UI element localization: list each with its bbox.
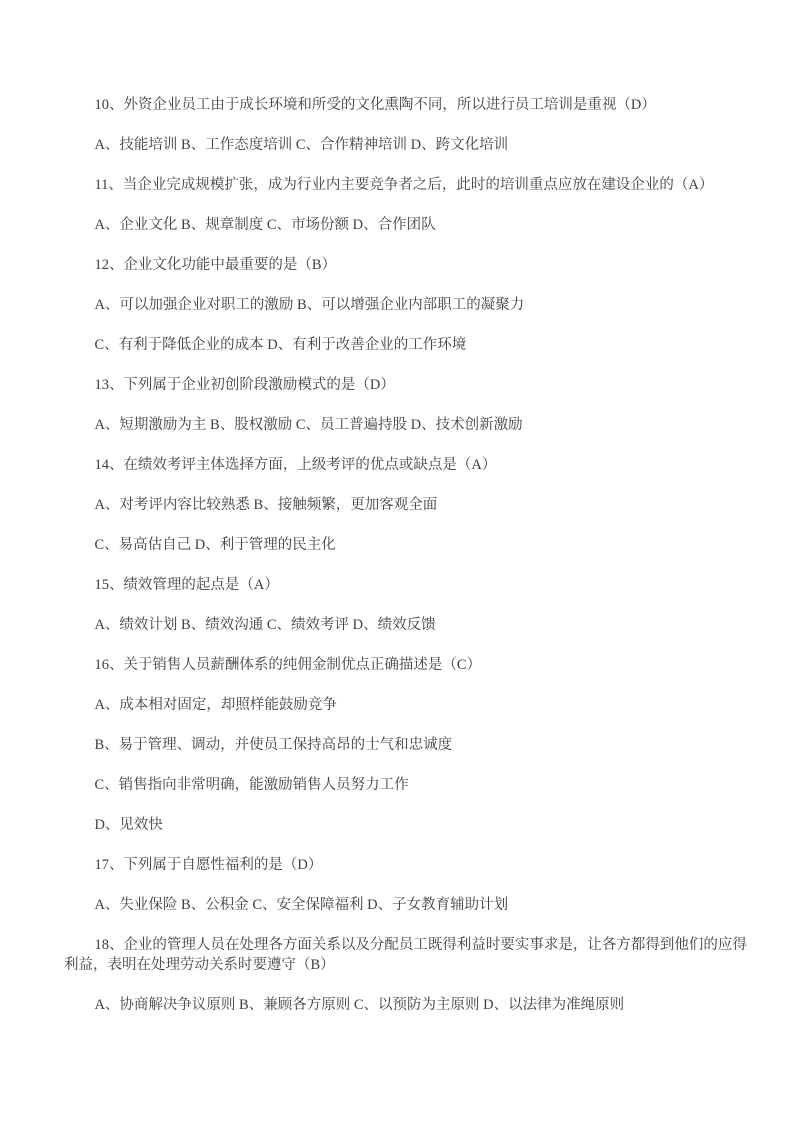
question-11-options: A、企业文化 B、规章制度 C、市场份额 D、合作团队 — [64, 215, 748, 235]
question-16-option-b: B、易于管理、调动，并使员工保持高昂的士气和忠诚度 — [64, 735, 748, 755]
question-16-option-a: A、成本相对固定，却照样能鼓励竞争 — [64, 695, 748, 715]
question-18-options: A、协商解决争议原则 B、兼顾各方原则 C、以预防为主原则 D、以法律为准绳原则 — [64, 995, 748, 1015]
document-page: 10、外资企业员工由于成长环境和所受的文化熏陶不同，所以进行员工培训是重视（D）… — [0, 0, 800, 1132]
question-15: 15、绩效管理的起点是（A） — [64, 575, 748, 595]
question-16: 16、关于销售人员薪酬体系的纯佣金制优点正确描述是（C） — [64, 655, 748, 675]
question-12-options-ab: A、可以加强企业对职工的激励 B、可以增强企业内部职工的凝聚力 — [64, 295, 748, 315]
question-14-options-ab: A、对考评内容比较熟悉 B、接触频繁，更加客观全面 — [64, 495, 748, 515]
question-17-options: A、失业保险 B、公积金 C、安全保障福利 D、子女教育辅助计划 — [64, 895, 748, 915]
question-13-options: A、短期激励为主 B、股权激励 C、员工普遍持股 D、技术创新激励 — [64, 415, 748, 435]
question-12: 12、企业文化功能中最重要的是（B） — [64, 255, 748, 275]
document-content: 10、外资企业员工由于成长环境和所受的文化熏陶不同，所以进行员工培训是重视（D）… — [0, 0, 800, 1015]
question-17: 17、下列属于自愿性福利的是（D） — [64, 855, 748, 875]
question-15-options: A、绩效计划 B、绩效沟通 C、绩效考评 D、绩效反馈 — [64, 615, 748, 635]
question-14-options-cd: C、易高估自己 D、利于管理的民主化 — [64, 535, 748, 555]
question-14: 14、在绩效考评主体选择方面，上级考评的优点或缺点是（A） — [64, 455, 748, 475]
question-16-option-c: C、销售指向非常明确，能激励销售人员努力工作 — [64, 775, 748, 795]
question-12-options-cd: C、有利于降低企业的成本 D、有利于改善企业的工作环境 — [64, 335, 748, 355]
question-13: 13、下列属于企业初创阶段激励模式的是（D） — [64, 375, 748, 395]
question-10-options: A、技能培训 B、工作态度培训 C、合作精神培训 D、跨文化培训 — [64, 135, 748, 155]
question-16-option-d: D、见效快 — [64, 815, 748, 835]
question-18: 18、企业的管理人员在处理各方面关系以及分配员工既得利益时要实事求是，让各方都得… — [64, 935, 748, 975]
question-11: 11、当企业完成规模扩张，成为行业内主要竞争者之后，此时的培训重点应放在建设企业… — [64, 175, 748, 195]
question-10: 10、外资企业员工由于成长环境和所受的文化熏陶不同，所以进行员工培训是重视（D） — [64, 95, 748, 115]
